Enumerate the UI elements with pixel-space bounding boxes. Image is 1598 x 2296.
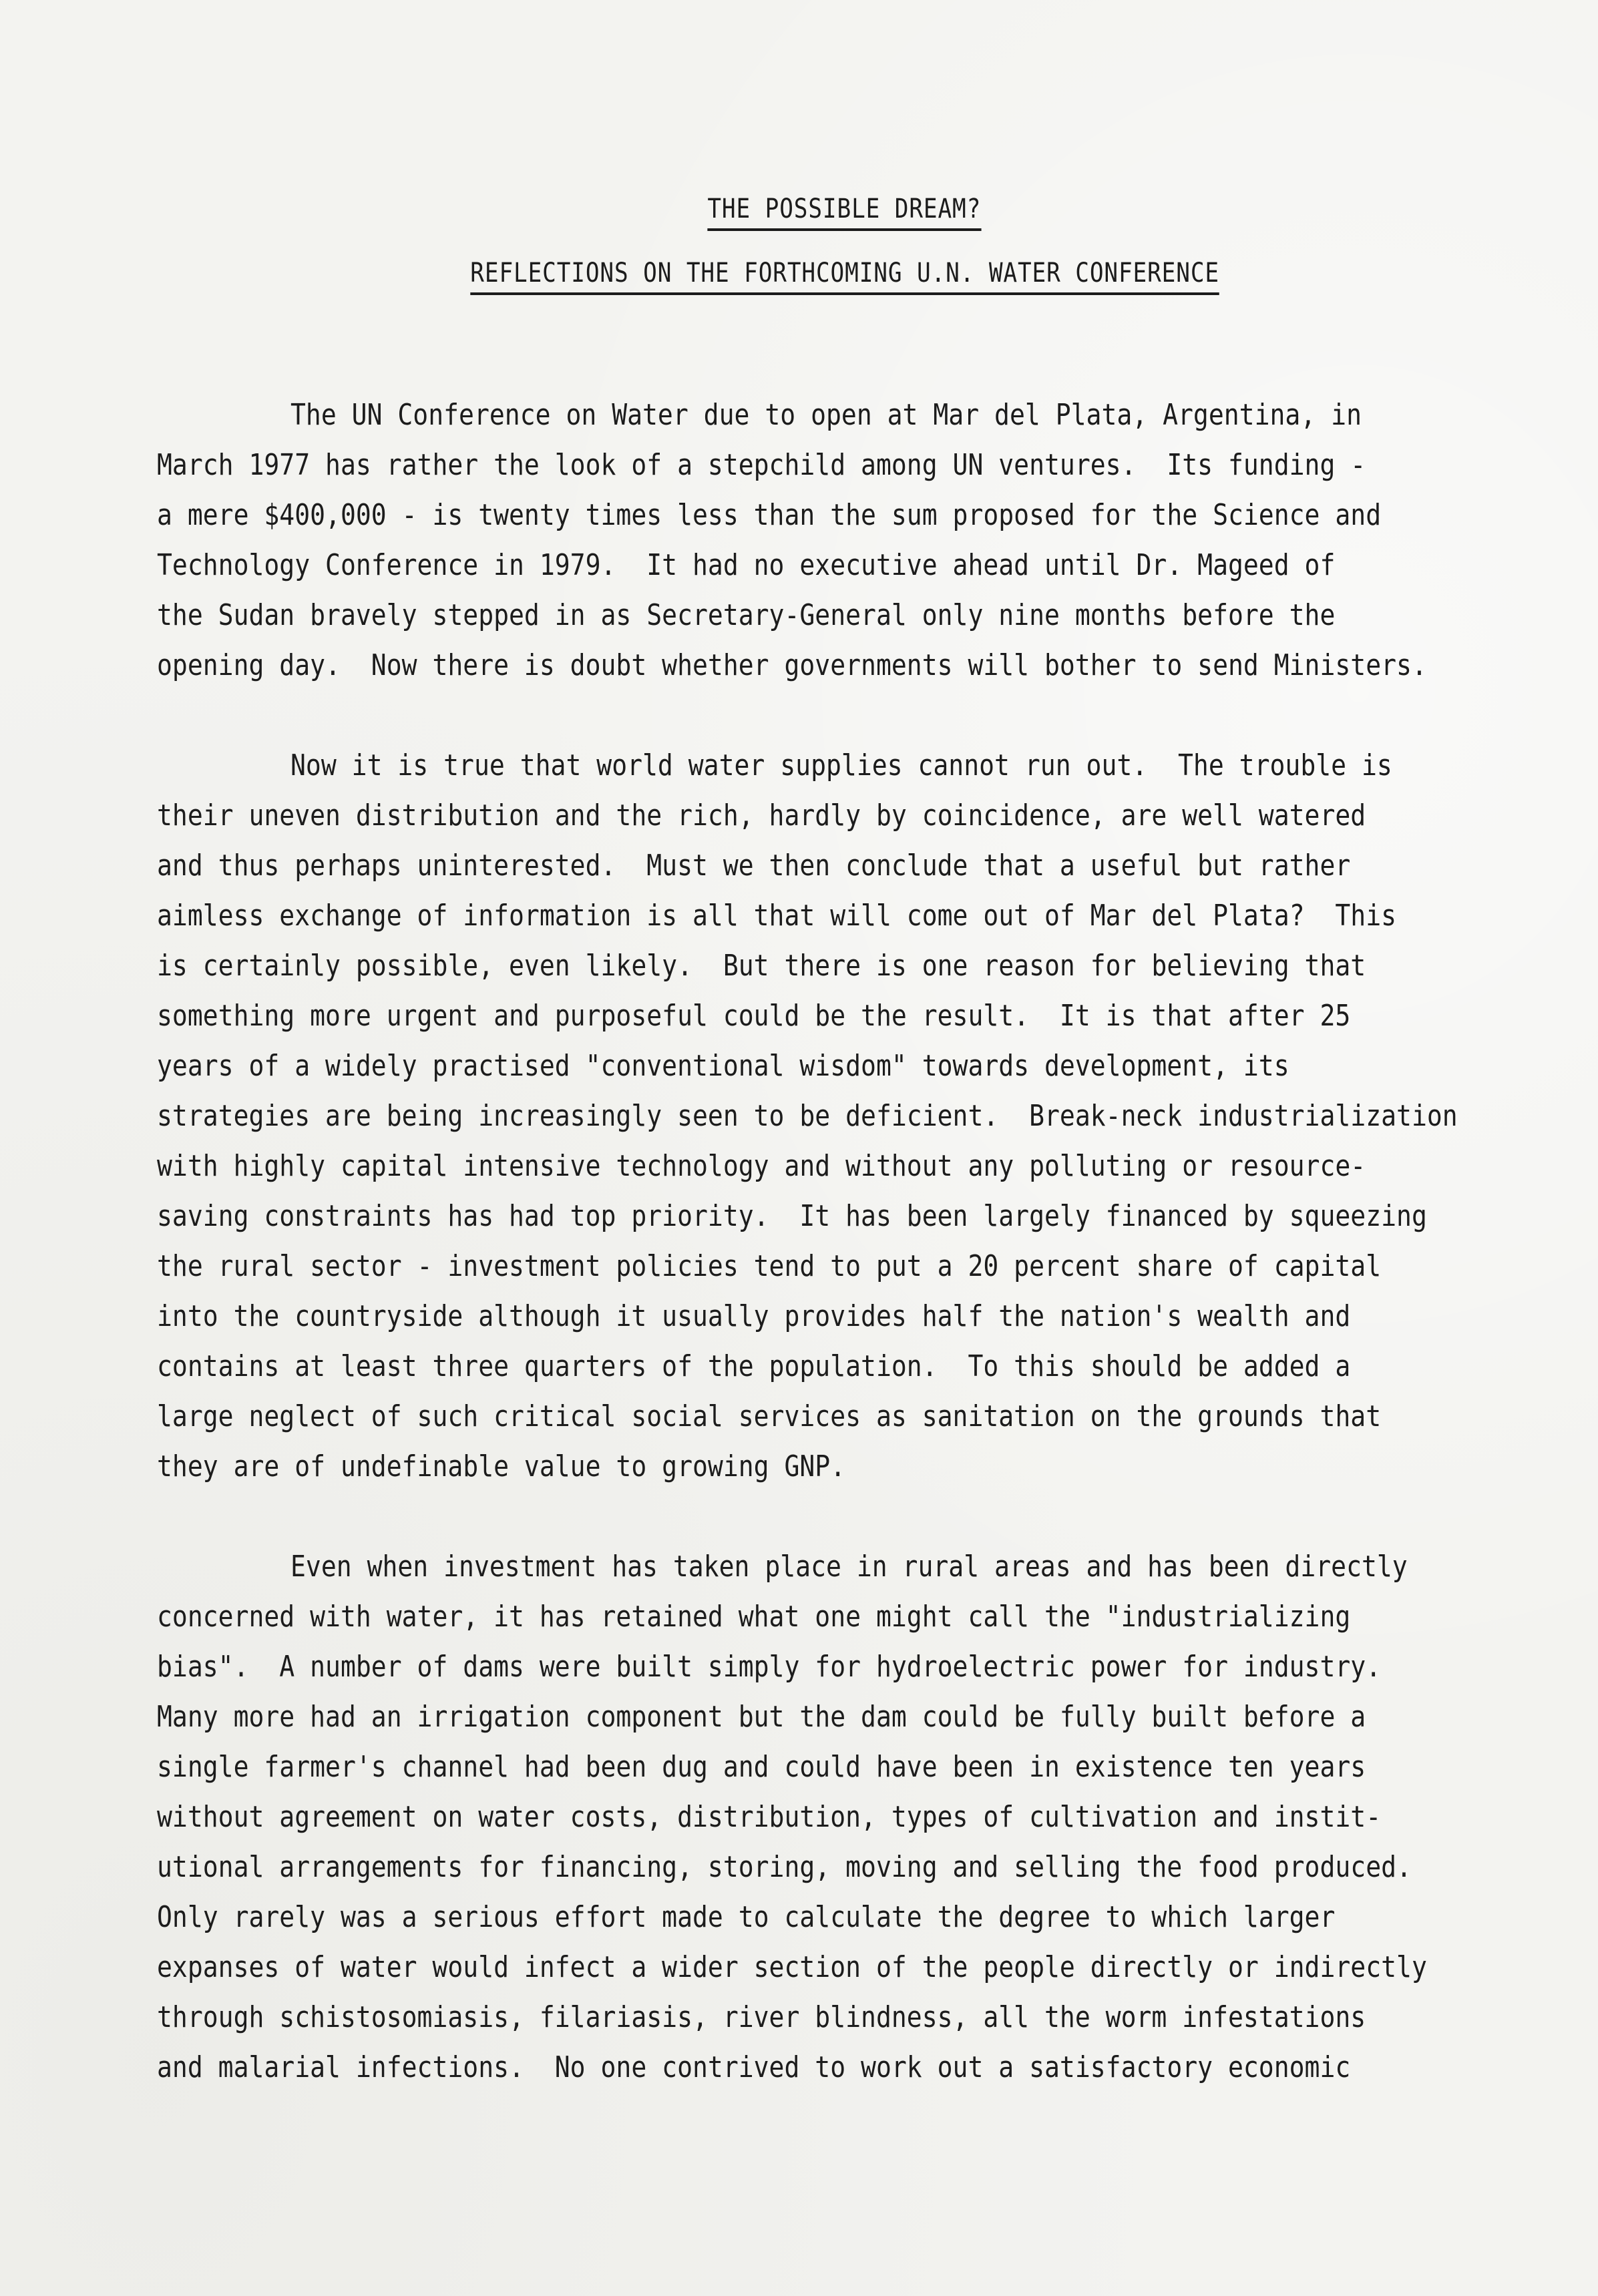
text-line: Even when investment has taken place in …	[290, 1552, 1408, 1582]
text-line: Now it is true that world water supplies…	[290, 751, 1392, 780]
text-line: contains at least three quarters of the …	[157, 1352, 1350, 1381]
document-page: THE POSSIBLE DREAM? REFLECTIONS ON THE F…	[0, 0, 1598, 2296]
text-line: aimless exchange of information is all t…	[157, 901, 1396, 931]
text-line: into the countryside although it usually…	[157, 1302, 1350, 1331]
text-line: through schistosomiasis, filariasis, riv…	[157, 2003, 1366, 2032]
text-line: large neglect of such critical social se…	[157, 1402, 1381, 1431]
text-line: opening day. Now there is doubt whether …	[157, 651, 1427, 680]
document-title-text: THE POSSIBLE DREAM?	[708, 194, 982, 231]
text-line: utional arrangements for financing, stor…	[157, 1853, 1412, 1882]
text-line: without agreement on water costs, distri…	[157, 1803, 1381, 1832]
text-line: Many more had an irrigation component bu…	[157, 1702, 1366, 1732]
text-line: single farmer's channel had been dug and…	[157, 1753, 1366, 1782]
document-subtitle: REFLECTIONS ON THE FORTHCOMING U.N. WATE…	[12, 227, 1598, 326]
text-line: something more urgent and purposeful cou…	[157, 1001, 1350, 1031]
text-line: and malarial infections. No one contrive…	[157, 2053, 1350, 2082]
text-line: and thus perhaps uninterested. Must we t…	[157, 851, 1350, 881]
text-line: years of a widely practised "conventiona…	[157, 1052, 1289, 1081]
text-line: saving constraints has had top priority.…	[157, 1202, 1427, 1231]
text-line: The UN Conference on Water due to open a…	[290, 401, 1362, 430]
text-line: is certainly possible, even likely. But …	[157, 951, 1366, 981]
text-line: expanses of water would infect a wider s…	[157, 1953, 1427, 1982]
document-subtitle-text: REFLECTIONS ON THE FORTHCOMING U.N. WATE…	[470, 258, 1219, 295]
text-line: March 1977 has rather the look of a step…	[157, 451, 1366, 480]
text-line: Only rarely was a serious effort made to…	[157, 1903, 1335, 1932]
text-line: their uneven distribution and the rich, …	[157, 801, 1366, 831]
text-line: bias". A number of dams were built simpl…	[157, 1652, 1381, 1682]
text-line: with highly capital intensive technology…	[157, 1152, 1366, 1181]
text-line: a mere $400,000 - is twenty times less t…	[157, 501, 1381, 530]
text-line: the rural sector - investment policies t…	[157, 1252, 1381, 1281]
text-line: they are of undefinable value to growing…	[157, 1452, 845, 1481]
text-line: Technology Conference in 1979. It had no…	[157, 551, 1335, 580]
text-line: the Sudan bravely stepped in as Secretar…	[157, 601, 1335, 630]
text-line: strategies are being increasingly seen t…	[157, 1102, 1458, 1131]
text-line: concerned with water, it has retained wh…	[157, 1602, 1350, 1632]
